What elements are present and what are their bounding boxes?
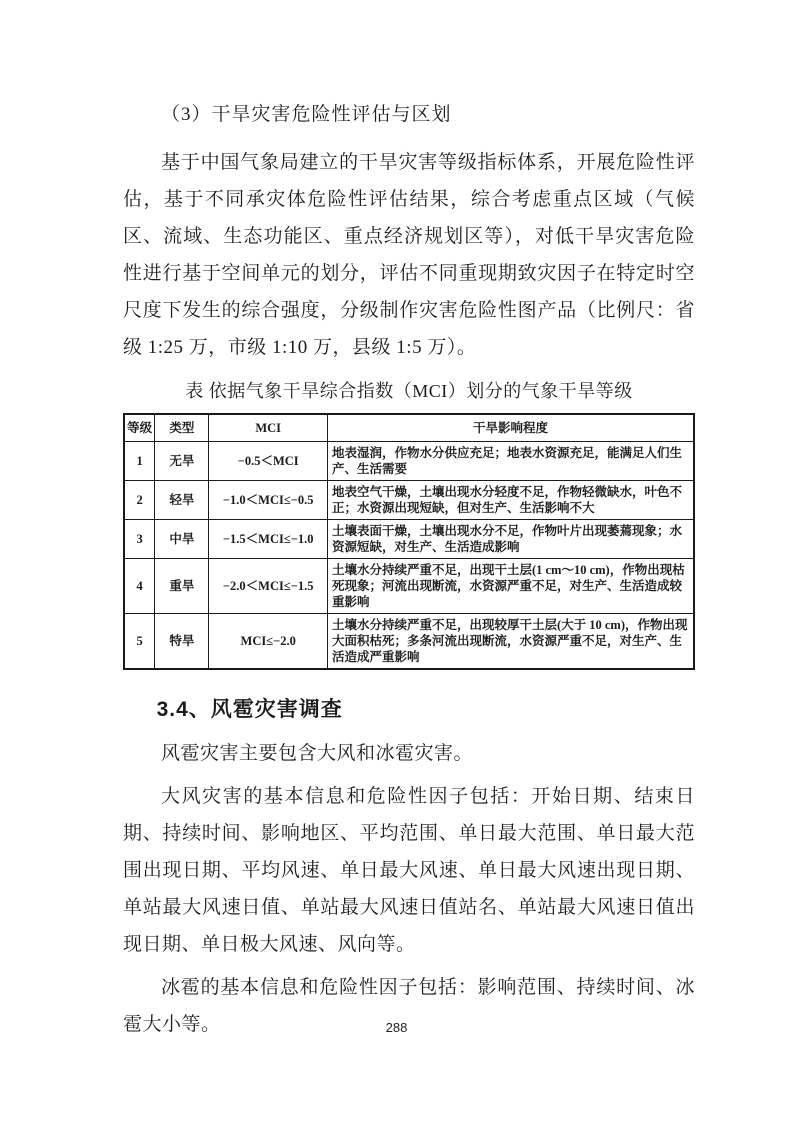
header-mci: MCI (209, 414, 328, 442)
cell-impact: 土壤水分持续严重不足，出现较厚干土层(大于 10 cm)，作物出现大面积枯死；多… (327, 614, 694, 670)
cell-impact: 土壤水分持续严重不足，出现干土层(1 cm～10 cm)，作物出现枯死现象；河流… (327, 559, 694, 614)
cell-mci: −1.0＜MCI≤−0.5 (209, 481, 328, 520)
cell-mci: MCI≤−2.0 (209, 614, 328, 670)
table-title: 表 依据气象干旱综合指数（MCI）划分的气象干旱等级 (123, 378, 695, 404)
document-page: （3）干旱灾害危险性评估与区划 基于中国气象局建立的干旱灾害等级指标体系，开展危… (0, 0, 793, 1122)
table-row: 5 特旱 MCI≤−2.0 土壤水分持续严重不足，出现较厚干土层(大于 10 c… (124, 614, 694, 670)
cell-type: 特旱 (155, 614, 209, 670)
table-row: 4 重旱 −2.0＜MCI≤−1.5 土壤水分持续严重不足，出现干土层(1 cm… (124, 559, 694, 614)
paragraph-windhail-intro: 风雹灾害主要包含大风和冰雹灾害。 (123, 735, 695, 772)
section-heading-3-4: 3.4、风雹灾害调查 (123, 695, 695, 725)
cell-type: 轻旱 (155, 481, 209, 520)
header-impact: 干旱影响程度 (327, 414, 694, 442)
header-type: 类型 (155, 414, 209, 442)
page-content: （3）干旱灾害危险性评估与区划 基于中国气象局建立的干旱灾害等级指标体系，开展危… (123, 100, 695, 1043)
table-row: 3 中旱 −1.5＜MCI≤−1.0 土壤表面干燥，土壤出现水分不足，作物叶片出… (124, 520, 694, 559)
cell-impact: 地表空气干燥，土壤出现水分轻度不足，作物轻微缺水，叶色不正；水资源出现短缺，但对… (327, 481, 694, 520)
cell-level: 2 (124, 481, 155, 520)
cell-impact: 地表湿润，作物水分供应充足；地表水资源充足，能满足人们生产、生活需要 (327, 442, 694, 481)
paragraph-drought-assessment: 基于中国气象局建立的干旱灾害等级指标体系，开展危险性评估，基于不同承灾体危险性评… (123, 144, 695, 366)
page-number: 288 (0, 1020, 793, 1035)
cell-mci: −1.5＜MCI≤−1.0 (209, 520, 328, 559)
mci-drought-table: 等级 类型 MCI 干旱影响程度 1 无旱 −0.5＜MCI 地表湿润，作物水分… (123, 413, 695, 670)
cell-impact: 土壤表面干燥，土壤出现水分不足，作物叶片出现萎蔫现象；水资源短缺，对生产、生活造… (327, 520, 694, 559)
cell-level: 1 (124, 442, 155, 481)
cell-type: 重旱 (155, 559, 209, 614)
cell-mci: −2.0＜MCI≤−1.5 (209, 559, 328, 614)
cell-type: 无旱 (155, 442, 209, 481)
paragraph-gale-factors: 大风灾害的基本信息和危险性因子包括：开始日期、结束日期、持续时间、影响地区、平均… (123, 778, 695, 963)
cell-level: 5 (124, 614, 155, 670)
cell-level: 3 (124, 520, 155, 559)
cell-type: 中旱 (155, 520, 209, 559)
subsection-heading: （3）干旱灾害危险性评估与区划 (123, 100, 695, 130)
cell-level: 4 (124, 559, 155, 614)
table-row: 1 无旱 −0.5＜MCI 地表湿润，作物水分供应充足；地表水资源充足，能满足人… (124, 442, 694, 481)
table-row: 2 轻旱 −1.0＜MCI≤−0.5 地表空气干燥，土壤出现水分轻度不足，作物轻… (124, 481, 694, 520)
table-header-row: 等级 类型 MCI 干旱影响程度 (124, 414, 694, 442)
header-level: 等级 (124, 414, 155, 442)
cell-mci: −0.5＜MCI (209, 442, 328, 481)
